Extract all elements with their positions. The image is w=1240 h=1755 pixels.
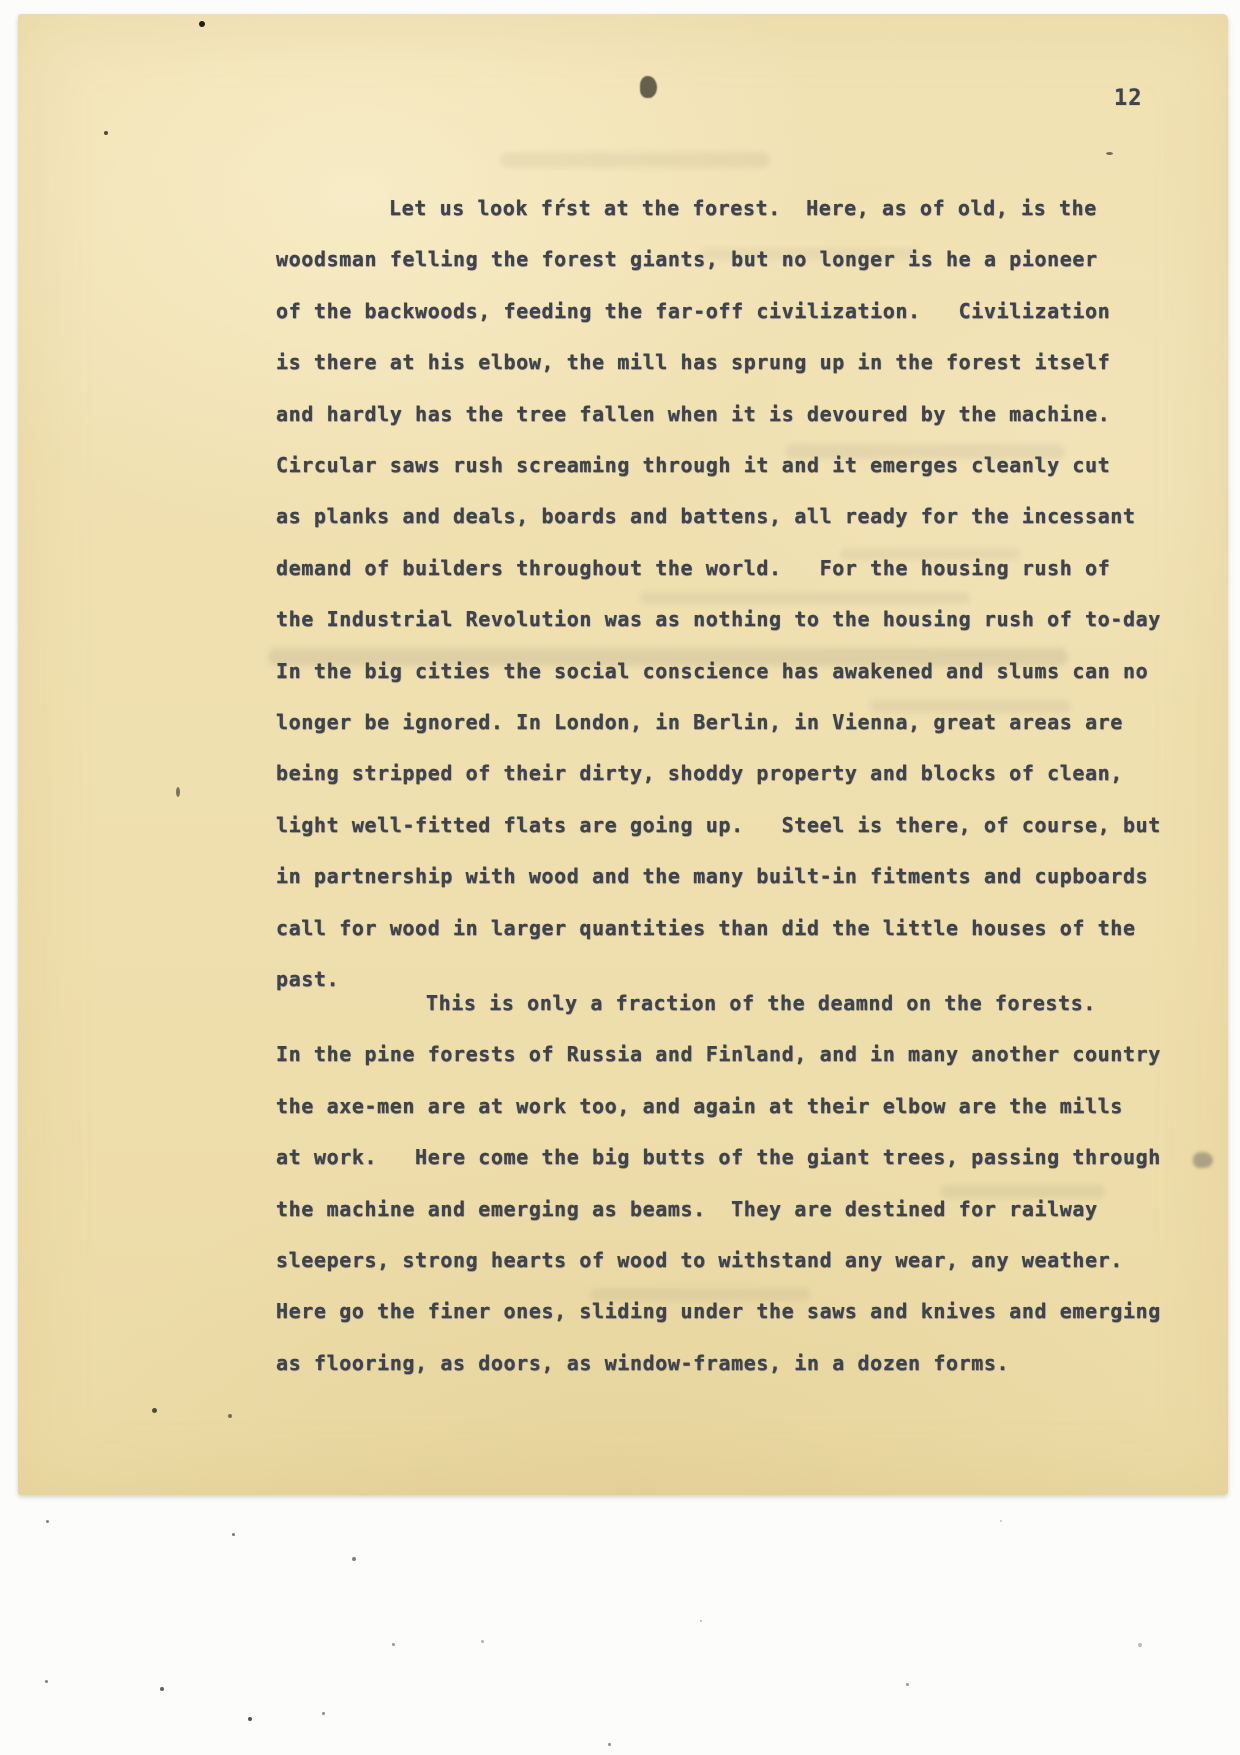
text-line: In the big cities the social conscience … — [276, 658, 1148, 684]
text-line: is there at his elbow, the mill has spru… — [276, 349, 1110, 375]
dust-speck — [1106, 152, 1113, 155]
text-line: In the pine forests of Russia and Finlan… — [276, 1041, 1161, 1067]
dust-speck — [392, 1643, 395, 1646]
dust-speck — [481, 1640, 484, 1643]
dust-speck — [232, 1533, 235, 1536]
scan-background: 12 Let us look fŕst at the forest. Here,… — [0, 0, 1240, 1755]
ink-smudge-mark — [640, 76, 657, 98]
text-line: and hardly has the tree fallen when it i… — [276, 401, 1110, 427]
text-line: sleepers, strong hearts of wood to withs… — [276, 1247, 1123, 1273]
text-line: woodsman felling the forest giants, but … — [276, 246, 1098, 272]
text-line: as flooring, as doors, as window-frames,… — [276, 1350, 1009, 1376]
dust-speck — [248, 1717, 252, 1721]
dust-speck — [104, 131, 108, 135]
text-line: demand of builders throughout the world.… — [276, 555, 1110, 581]
dust-speck — [322, 1712, 325, 1715]
dust-speck — [176, 787, 180, 797]
dust-speck — [1138, 1643, 1142, 1647]
text-line: Circular saws rush screaming through it … — [276, 452, 1110, 478]
text-line: being stripped of their dirty, shoddy pr… — [276, 760, 1123, 786]
dust-speck — [160, 1687, 164, 1691]
dust-speck — [906, 1683, 909, 1686]
text-line: the Industrial Revolution was as nothing… — [276, 606, 1161, 632]
paper-page: 12 Let us look fŕst at the forest. Here,… — [18, 14, 1228, 1495]
typed-text-block: Let us look fŕst at the forest. Here, as… — [18, 14, 1228, 1495]
dust-speck — [199, 21, 205, 27]
dust-speck — [1000, 1520, 1002, 1522]
text-line: longer be ignored. In London, in Berlin,… — [276, 709, 1123, 735]
dust-speck — [700, 1620, 702, 1622]
dust-speck — [608, 1743, 611, 1746]
text-line: past. — [276, 966, 339, 992]
text-line: the axe-men are at work too, and again a… — [276, 1093, 1123, 1119]
text-line: at work. Here come the big butts of the … — [276, 1144, 1161, 1170]
text-line: Let us look fŕst at the forest. Here, as… — [389, 195, 1097, 221]
dust-speck — [45, 1680, 48, 1683]
text-line: Here go the finer ones, sliding under th… — [276, 1298, 1161, 1324]
text-line: light well-fitted flats are going up. St… — [276, 812, 1161, 838]
dust-speck — [152, 1408, 157, 1413]
text-line: This is only a fraction of the deamnd on… — [426, 990, 1096, 1016]
text-line: call for wood in larger quantities than … — [276, 915, 1136, 941]
text-line: of the backwoods, feeding the far-off ci… — [276, 298, 1110, 324]
ink-smudge-mark — [1193, 1152, 1213, 1168]
dust-speck — [228, 1414, 232, 1418]
text-line: as planks and deals, boards and battens,… — [276, 503, 1136, 529]
dust-speck — [352, 1557, 356, 1561]
text-line: the machine and emerging as beams. They … — [276, 1196, 1098, 1222]
dust-speck — [46, 1520, 49, 1523]
text-line: in partnership with wood and the many bu… — [276, 863, 1148, 889]
